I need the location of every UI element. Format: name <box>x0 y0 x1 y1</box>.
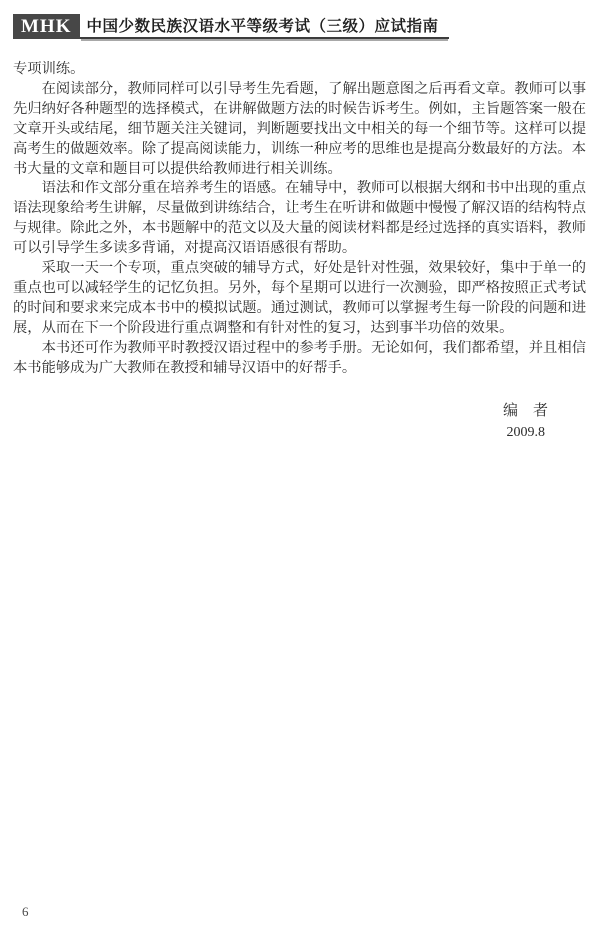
paragraph: 语法和作文部分重在培养考生的语感。在辅导中，教师可以根据大纲和书中出现的重点语法… <box>13 179 586 259</box>
book-page: MHK 中国少数民族汉语水平等级考试（三级）应试指南 专项训练。 在阅读部分，教… <box>0 0 600 937</box>
page-number: 6 <box>22 904 29 920</box>
paragraph: 采取一天一个专项，重点突破的辅导方式，好处是针对性强，效果较好，集中于单一的重点… <box>13 259 586 339</box>
body-text: 专项训练。 在阅读部分，教师同样可以引导考生先看题，了解出题意图之后再看文章。教… <box>13 60 586 379</box>
paragraph-continuation: 专项训练。 <box>13 60 586 80</box>
header-title: 中国少数民族汉语水平等级考试（三级）应试指南 <box>87 14 439 36</box>
header-title-underline: 中国少数民族汉语水平等级考试（三级）应试指南 <box>80 14 449 39</box>
paragraph: 本书还可作为教师平时教授汉语过程中的参考手册。无论如何，我们都希望，并且相信本书… <box>13 339 586 379</box>
signature-date: 2009.8 <box>0 422 548 444</box>
page-header: MHK 中国少数民族汉语水平等级考试（三级）应试指南 <box>13 14 586 39</box>
signature-block: 编 者 2009.8 <box>0 400 548 444</box>
paragraph: 在阅读部分，教师同样可以引导考生先看题，了解出题意图之后再看文章。教师可以事先归… <box>13 80 586 180</box>
mhk-logo: MHK <box>13 14 80 39</box>
author-signature: 编 者 <box>0 400 548 422</box>
